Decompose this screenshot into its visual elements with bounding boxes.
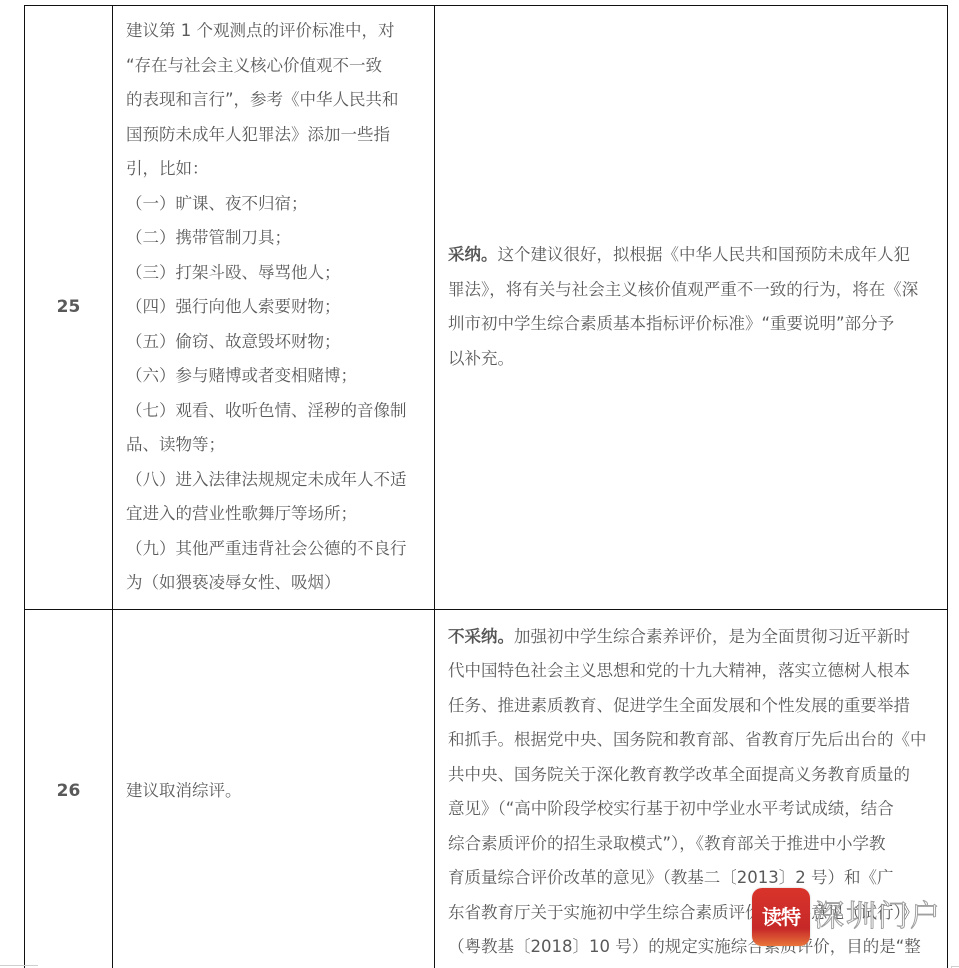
watermark: 读特 深圳门户	[752, 888, 942, 948]
suggestion-line: 为（如猥亵凌辱女性、吸烟）	[126, 566, 424, 601]
suggestion-line: 宜进入的营业性歌舞厅等场所；	[126, 497, 424, 532]
suggestion-line: 的表现和言行”，参考《中华人民共和	[126, 83, 424, 118]
feedback-table: 25 建议第 1 个观测点的评价标准中，对 “存在与社会主义核心价值观不一致 的…	[24, 5, 948, 968]
suggestion-line: 国预防未成年人犯罪法》添加一些指	[126, 118, 424, 153]
suggestion-cell: 建议第 1 个观测点的评价标准中，对 “存在与社会主义核心价值观不一致 的表现和…	[113, 6, 435, 610]
suggestion-line: 建议第 1 个观测点的评价标准中，对	[126, 14, 424, 49]
response-line: 综合素质评价的招生录取模式”），《教育部关于推进中小学教	[448, 827, 937, 862]
row-number: 26	[25, 609, 113, 968]
response-line: 以补充。	[448, 342, 937, 377]
suggestion-line: （六）参与赌博或者变相赌博；	[126, 359, 424, 394]
suggestion-line: （一）旷课、夜不归宿；	[126, 187, 424, 222]
row-number: 25	[25, 6, 113, 610]
response-line: 和抓手。根据党中央、国务院和教育部、省教育厅先后出台的《中	[448, 723, 937, 758]
suggestion-line: （九）其他严重违背社会公德的不良行	[126, 532, 424, 567]
verdict-adopted: 采纳。	[448, 245, 498, 264]
verdict-rejected: 不采纳。	[448, 627, 514, 646]
response-line: 罪法》，将有关与社会主义核价值观严重不一致的行为，将在《深	[448, 273, 937, 308]
watermark-text: 深圳门户	[814, 898, 942, 936]
response-line: 意见》（“高中阶段学校实行基于初中学业水平考试成绩，结合	[448, 792, 937, 827]
suggestion-line: 品、读物等；	[126, 428, 424, 463]
response-text: 加强初中学生综合素养评价，是为全面贯彻习近平新时	[514, 627, 910, 646]
suggestion-line: （七）观看、收听色情、淫秽的音像制	[126, 394, 424, 429]
suggestion-line: “存在与社会主义核心价值观不一致	[126, 49, 424, 84]
suggestion-line: 引，比如：	[126, 152, 424, 187]
suggestion-line: （二）携带管制刀具；	[126, 221, 424, 256]
response-line: 共中央、国务院关于深化教育教学改革全面提高义务教育质量的	[448, 758, 937, 793]
duote-logo-icon: 读特	[752, 888, 810, 946]
response-line: 代中国特色社会主义思想和党的十九大精神，落实立德树人根本	[448, 654, 937, 689]
response-text: 这个建议很好，拟根据《中华人民共和国预防未成年人犯	[498, 245, 911, 264]
response-line: 采纳。这个建议很好，拟根据《中华人民共和国预防未成年人犯	[448, 238, 937, 273]
suggestion-line: （八）进入法律法规规定未成年人不适	[126, 463, 424, 498]
suggestion-line: 建议取消综评。	[126, 774, 424, 809]
suggestion-line: （三）打架斗殴、辱骂他人；	[126, 256, 424, 291]
suggestion-cell: 建议取消综评。	[113, 609, 435, 968]
response-cell: 采纳。这个建议很好，拟根据《中华人民共和国预防未成年人犯 罪法》，将有关与社会主…	[435, 6, 948, 610]
table-row: 25 建议第 1 个观测点的评价标准中，对 “存在与社会主义核心价值观不一致 的…	[25, 6, 948, 610]
response-line: 任务、推进素质教育、促进学生全面发展和个性发展的重要举措	[448, 689, 937, 724]
suggestion-line: （五）偷窃、故意毁坏财物；	[126, 325, 424, 360]
suggestion-line: （四）强行向他人索要财物；	[126, 290, 424, 325]
response-line: 不采纳。加强初中学生综合素养评价，是为全面贯彻习近平新时	[448, 620, 937, 655]
bottom-divider	[0, 965, 38, 966]
response-line: 圳市初中学生综合素质基本指标评价标准》“重要说明”部分予	[448, 307, 937, 342]
